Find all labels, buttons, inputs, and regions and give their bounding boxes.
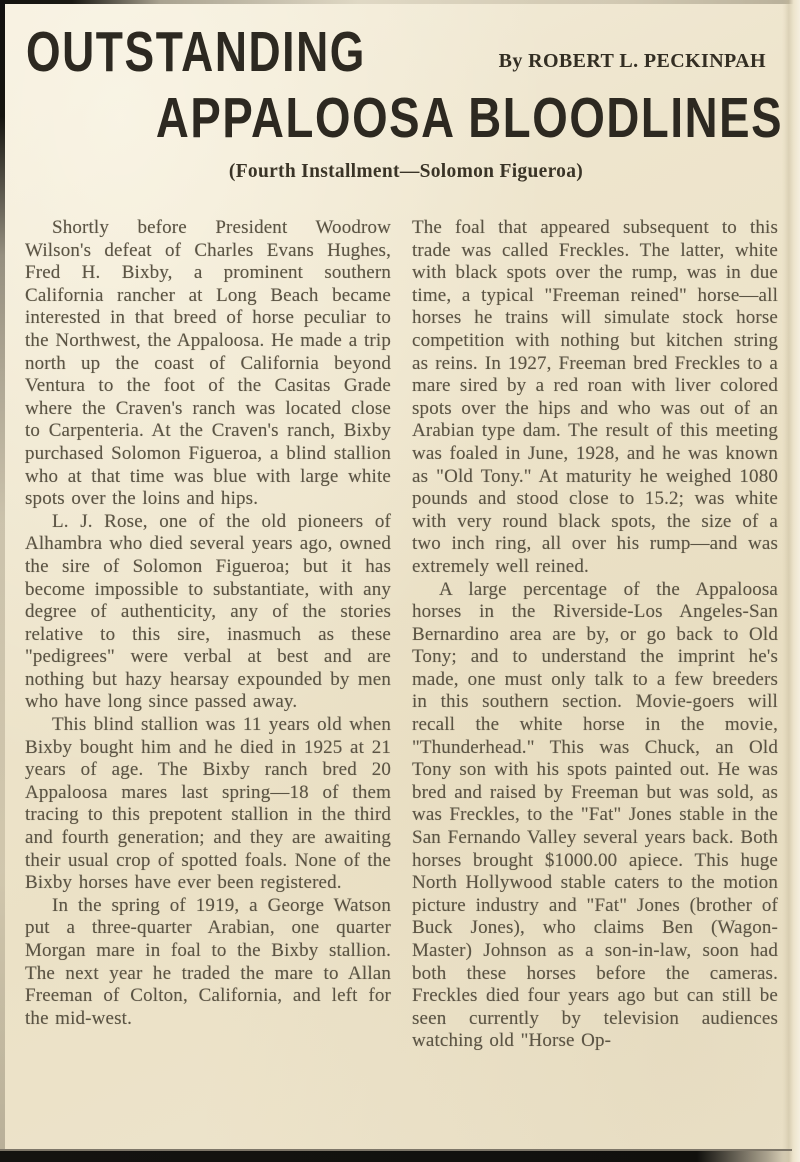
left-column: Shortly before President Woodrow Wilson'… <box>25 217 391 1053</box>
article-paragraph: Shortly before President Woodrow Wilson'… <box>25 217 391 511</box>
article-paragraph: The foal that appeared subsequent to thi… <box>412 217 778 579</box>
article-paragraph: A large percentage of the Appaloosa hors… <box>412 579 778 1053</box>
page-scan-edge-bottom <box>0 1149 792 1162</box>
article-byline: By ROBERT L. PECKINPAH <box>499 50 766 73</box>
page-scan-edge-top <box>0 0 800 4</box>
article-paragraph: L. J. Rose, one of the old pioneers of A… <box>25 511 391 714</box>
right-column: The foal that appeared subsequent to thi… <box>412 217 778 1053</box>
article-paragraph: In the spring of 1919, a George Watson p… <box>25 895 391 1031</box>
article-title-line2: APPALOOSA BLOODLINES <box>156 90 783 147</box>
article-body: Shortly before President Woodrow Wilson'… <box>25 217 778 1053</box>
article-subtitle: (Fourth Installment—Solomon Figueroa) <box>0 161 800 183</box>
article-title-line1: OUTSTANDING <box>26 24 366 81</box>
magazine-page: OUTSTANDING By ROBERT L. PECKINPAH APPAL… <box>0 0 800 1162</box>
article-paragraph: This blind stallion was 11 years old whe… <box>25 714 391 895</box>
